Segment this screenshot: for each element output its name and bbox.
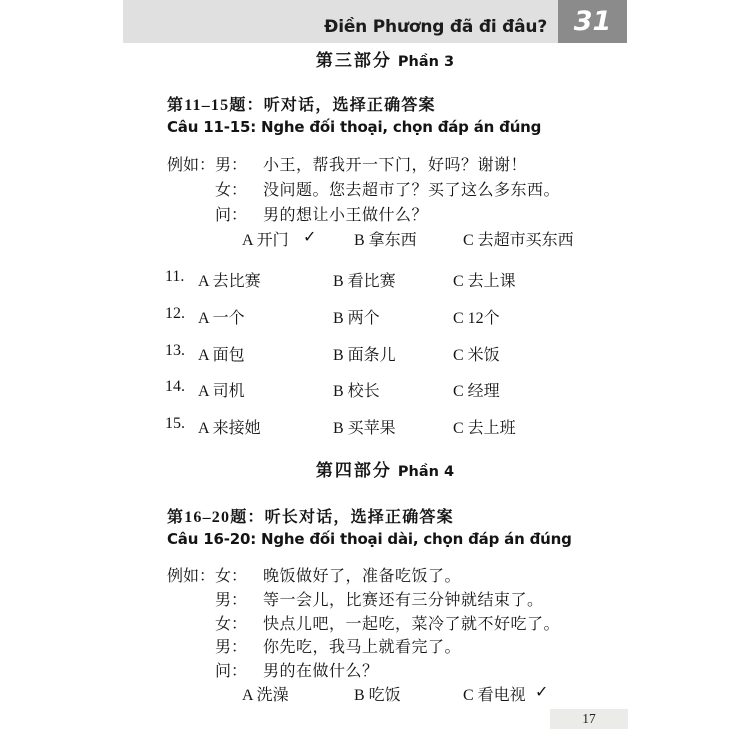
part4-title: 第四部分Phần 4: [0, 456, 750, 481]
question-number: 14.: [165, 378, 185, 396]
chapter-title: Điền Phương đã đi đâu?: [324, 17, 547, 37]
dialogue-text: 你先吃，我马上就看完了。: [263, 634, 461, 657]
speaker-label: 问：: [215, 202, 247, 225]
option-b: B 拿东西: [354, 227, 417, 250]
question-row: 15. A 来接她 B 买苹果 C 去上班: [0, 415, 750, 452]
question-list: 11. A 去比赛 B 看比赛 C 去上课 12. A 一个 B 两个 C 12…: [0, 268, 750, 452]
dialogue-line: 问： 男的想让小王做什么？: [167, 202, 627, 227]
dialogue-line: 女： 没问题。您去超市了？买了这么多东西。: [167, 177, 627, 202]
dialogue-text: 晚饭做好了，准备吃饭了。: [263, 563, 461, 586]
dialogue-line: 问： 男的在做什么？: [167, 658, 627, 682]
part3-title-zh: 第三部分: [316, 51, 392, 70]
dialogue-text: 男的在做什么？: [263, 658, 379, 681]
dialogue-line: 男： 你先吃，我马上就看完了。: [167, 634, 627, 658]
speaker-label: 问：: [215, 658, 247, 681]
example-options-row: A 洗澡 B 吃饭 C 看电视 ✓: [167, 682, 627, 707]
part4-title-vi: Phần 4: [398, 464, 454, 480]
part3-instruction-zh: 第11–15题：听对话，选择正确答案: [167, 96, 541, 116]
option-c: C 去超市买东西: [463, 227, 574, 250]
option-a: A 开门: [242, 227, 289, 250]
question-row: 13. A 面包 B 面条儿 C 米饭: [0, 342, 750, 379]
option-b: B 看比赛: [333, 268, 396, 291]
option-a: A 司机: [198, 378, 245, 401]
example-options-row: A 开门 ✓ B 拿东西 C 去超市买东西: [167, 227, 627, 252]
part3-instruction-vi: Câu 11-15: Nghe đối thoại, chọn đáp án đ…: [167, 118, 541, 137]
page-number: 17: [582, 711, 596, 727]
example-label: 例如：: [167, 152, 215, 175]
option-a: A 去比赛: [198, 268, 261, 291]
check-icon: ✓: [535, 682, 548, 702]
option-c: C 12个: [453, 305, 500, 328]
part3-instructions: 第11–15题：听对话，选择正确答案 Câu 11-15: Nghe đối t…: [167, 96, 541, 137]
dialogue-line: 女： 快点儿吧，一起吃，菜冷了就不好吃了。: [167, 611, 627, 635]
part4-title-zh: 第四部分: [316, 461, 392, 480]
speaker-label: 女：: [215, 611, 247, 634]
part3-title-vi: Phần 3: [398, 54, 454, 70]
question-row: 12. A 一个 B 两个 C 12个: [0, 305, 750, 342]
dialogue-text: 等一会儿，比赛还有三分钟就结束了。: [263, 587, 544, 610]
book-page: Điền Phương đã đi đâu? 31 第三部分Phần 3 第11…: [0, 0, 750, 750]
option-b: B 面条儿: [333, 342, 396, 365]
question-number: 12.: [165, 305, 185, 323]
speaker-label: 男：: [215, 152, 247, 175]
question-number: 13.: [165, 342, 185, 360]
part4-example: 例如： 女： 晚饭做好了，准备吃饭了。 男： 等一会儿，比赛还有三分钟就结束了。…: [167, 563, 627, 707]
check-icon: ✓: [303, 227, 316, 247]
question-number: 11.: [165, 268, 184, 286]
part4-instruction-zh: 第16–20题：听长对话，选择正确答案: [167, 508, 572, 528]
header-bar: Điền Phương đã đi đâu?: [123, 0, 558, 43]
option-c: C 经理: [453, 378, 500, 401]
option-a: A 一个: [198, 305, 245, 328]
part3-title: 第三部分Phần 3: [0, 46, 750, 71]
lesson-number: 31: [574, 6, 612, 37]
option-b: B 校长: [333, 378, 380, 401]
question-number: 15.: [165, 415, 185, 433]
speaker-label: 男：: [215, 587, 247, 610]
option-c: C 米饭: [453, 342, 500, 365]
dialogue-line: 男： 等一会儿，比赛还有三分钟就结束了。: [167, 587, 627, 611]
option-b: B 买苹果: [333, 415, 396, 438]
dialogue-line: 例如： 女： 晚饭做好了，准备吃饭了。: [167, 563, 627, 587]
speaker-label: 男：: [215, 634, 247, 657]
option-a: A 面包: [198, 342, 245, 365]
question-row: 11. A 去比赛 B 看比赛 C 去上课: [0, 268, 750, 305]
option-b: B 吃饭: [354, 682, 401, 705]
option-c: C 看电视: [463, 682, 526, 705]
option-a: A 来接她: [198, 415, 261, 438]
dialogue-line: 例如： 男： 小王，帮我开一下门，好吗？谢谢！: [167, 152, 627, 177]
speaker-label: 女：: [215, 177, 247, 200]
example-label: 例如：: [167, 563, 215, 586]
part3-example: 例如： 男： 小王，帮我开一下门，好吗？谢谢！ 女： 没问题。您去超市了？买了这…: [167, 152, 627, 252]
part4-instructions: 第16–20题：听长对话，选择正确答案 Câu 16-20: Nghe đối …: [167, 508, 572, 549]
dialogue-text: 男的想让小王做什么？: [263, 202, 428, 225]
page-number-box: 17: [550, 709, 628, 729]
dialogue-text: 快点儿吧，一起吃，菜冷了就不好吃了。: [263, 611, 560, 634]
option-c: C 去上课: [453, 268, 516, 291]
lesson-number-badge: 31: [558, 0, 627, 43]
dialogue-text: 没问题。您去超市了？买了这么多东西。: [263, 177, 560, 200]
part4-instruction-vi: Câu 16-20: Nghe đối thoại dài, chọn đáp …: [167, 530, 572, 549]
question-row: 14. A 司机 B 校长 C 经理: [0, 378, 750, 415]
option-a: A 洗澡: [242, 682, 289, 705]
speaker-label: 女：: [215, 563, 247, 586]
option-b: B 两个: [333, 305, 380, 328]
option-c: C 去上班: [453, 415, 516, 438]
dialogue-text: 小王，帮我开一下门，好吗？谢谢！: [263, 152, 527, 175]
